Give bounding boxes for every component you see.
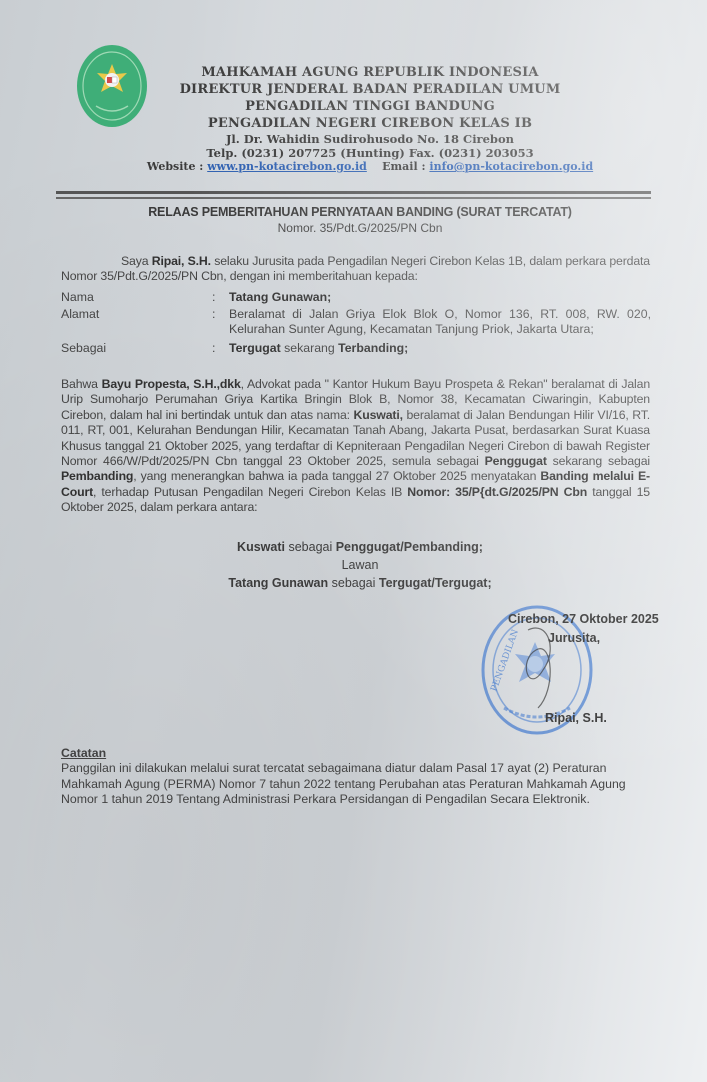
field-colon: : (212, 341, 215, 355)
field-value: Tergugat sekarang Terbanding; (229, 341, 651, 356)
role-old: Tergugat (229, 341, 281, 355)
role-pembanding: Pembanding (61, 469, 133, 483)
note-section: Catatan Panggilan ini dilakukan melalui … (61, 746, 661, 808)
party-connector: sebagai (285, 540, 336, 554)
parties-block: Kuswati sebagai Penggugat/Pembanding; La… (160, 538, 560, 592)
letterhead-phone: Telp. (0231) 207725 (Hunting) Fax. (0231… (110, 146, 630, 160)
role-connector: sekarang (281, 341, 338, 355)
field-colon: : (212, 290, 215, 304)
sign-position: Jurusita, (548, 631, 600, 645)
party-role: Penggugat/Pembanding; (336, 540, 483, 554)
letterhead-contacts: Website : www.pn-kotacirebon.go.id Email… (110, 160, 630, 174)
sign-name: Ripai, S.H. (545, 711, 607, 725)
party-appellant: Kuswati sebagai Penggugat/Pembanding; (160, 538, 560, 556)
body-text: , terhadap Putusan Pengadilan Negeri Cir… (93, 485, 407, 499)
role-new: Terbanding; (338, 341, 408, 355)
email-link[interactable]: info@pn-kotacirebon.go.id (429, 160, 593, 173)
bailiff-name: Ripai, S.H. (152, 254, 211, 268)
website-label: Website : (147, 160, 204, 173)
document-heading: RELAAS PEMBERITAHUAN PERNYATAAN BANDING … (60, 205, 660, 235)
letterhead-line-4: PENGADILAN NEGERI CIREBON KELAS IB (110, 115, 630, 132)
letterhead-address: Jl. Dr. Wahidin Sudirohusodo No. 18 Cire… (110, 132, 630, 146)
letterhead-line-1: MAHKAMAH AGUNG REPUBLIK INDONESIA (110, 64, 630, 81)
note-heading: Catatan (61, 746, 661, 761)
party-respondent: Tatang Gunawan sebagai Tergugat/Tergugat… (160, 574, 560, 592)
party-connector: sebagai (328, 576, 379, 590)
letterhead-line-3: PENGADILAN TINGGI BANDUNG (110, 98, 630, 115)
client-name: Kuswati, (354, 408, 403, 422)
intro-paragraph: Saya Ripai, S.H. selaku Jurusita pada Pe… (61, 254, 650, 285)
letterhead: MAHKAMAH AGUNG REPUBLIK INDONESIA DIREKT… (110, 64, 630, 174)
note-text: Panggilan ini dilakukan melalui surat te… (61, 761, 653, 807)
versus-label: Lawan (160, 556, 560, 574)
letterhead-rule-thin (56, 197, 651, 199)
signature-block: PENGADILAN Cirebon, 27 Oktober 2025 Juru… (470, 610, 680, 740)
document-number: Nomor. 35/Pdt.G/2025/PN Cbn (60, 221, 660, 235)
field-value: Tatang Gunawan; (229, 290, 651, 305)
document-title: RELAAS PEMBERITAHUAN PERNYATAAN BANDING … (60, 205, 660, 219)
website-link[interactable]: www.pn-kotacirebon.go.id (207, 160, 367, 173)
party-role: Tergugat/Tergugat; (379, 576, 492, 590)
sign-place-date: Cirebon, 27 Oktober 2025 (508, 612, 659, 626)
letterhead-rule-thick (56, 191, 651, 194)
intro-text: Saya (121, 254, 152, 268)
party-name: Tatang Gunawan (228, 576, 328, 590)
email-label: Email : (382, 160, 425, 173)
body-text: Bahwa (61, 377, 102, 391)
field-label: Sebagai (61, 341, 106, 355)
body-text: sekarang sebagai (547, 454, 650, 468)
field-value: Beralamat di Jalan Griya Elok Blok O, No… (229, 307, 651, 338)
letterhead-line-2: DIREKTUR JENDERAL BADAN PERADILAN UMUM (110, 81, 630, 98)
field-label: Alamat (61, 307, 99, 321)
field-label: Nama (61, 290, 94, 304)
field-colon: : (212, 307, 215, 321)
document-page: MAHKAMAH AGUNG REPUBLIK INDONESIA DIREKT… (0, 0, 707, 1082)
advocate-name: Bayu Propesta, S.H.,dkk (102, 377, 241, 391)
role-penggugat: Penggugat (485, 454, 547, 468)
party-name: Kuswati (237, 540, 285, 554)
body-paragraph: Bahwa Bayu Propesta, S.H.,dkk, Advokat p… (61, 377, 650, 516)
verdict-number: Nomor: 35/P{dt.G/2025/PN Cbn (407, 485, 587, 499)
body-text: , yang menerangkan bahwa ia pada tanggal… (133, 469, 540, 483)
